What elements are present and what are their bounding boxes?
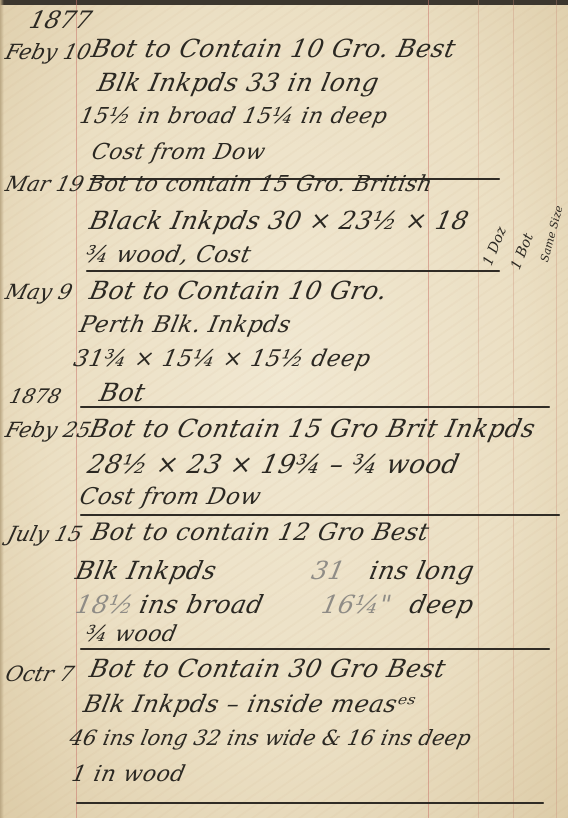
entry-separator xyxy=(80,648,550,650)
entry-line: 1 in wood xyxy=(69,762,187,787)
entry-line: Bot to Contain 15 Gro Brit Inkpds xyxy=(87,414,538,443)
entry-line: Perth Blk. Inkpds xyxy=(77,312,293,338)
entry-line: Cost from Dow xyxy=(77,484,263,510)
page-binding-edge xyxy=(0,0,4,818)
entry-line: Bot to contain 12 Gro Best xyxy=(89,518,432,546)
column-rule xyxy=(513,0,514,818)
entry-line: Bot to Contain 10 Gro. Best xyxy=(89,34,459,63)
entry-line: ¾ wood, Cost xyxy=(83,242,253,268)
entry-date: Feby 25 xyxy=(3,418,94,442)
entry-line: Blk Inkpds – inside measᵉˢ xyxy=(81,690,419,718)
entry-separator xyxy=(80,514,560,516)
entry-line: Bot xyxy=(97,378,148,407)
pencil-value: 18½ xyxy=(73,590,137,619)
entry-line: ins broad xyxy=(137,590,266,619)
pencil-value: 16¼" xyxy=(319,590,395,619)
entry-line: Cost from Dow xyxy=(89,140,268,165)
entry-date: Mar 19 xyxy=(3,172,86,196)
entry-line: 28½ × 23 × 19¾ – ¾ wood xyxy=(85,450,462,480)
entry-date: May 9 xyxy=(3,280,75,304)
pencil-value: 31 xyxy=(309,556,348,585)
margin-rule xyxy=(76,0,77,818)
entry-line: Bot to Contain 10 Gro. xyxy=(87,276,390,305)
entry-separator xyxy=(80,406,550,408)
entry-line: Black Inkpds 30 × 23½ × 18 xyxy=(87,206,472,235)
year-heading: 1877 xyxy=(27,6,95,34)
entry-date: Feby 10 xyxy=(3,40,94,64)
entry-line: 31¾ × 15¼ × 15½ deep xyxy=(71,346,373,372)
entry-line: deep xyxy=(407,590,477,619)
year-heading: 1878 xyxy=(7,384,64,408)
entry-line: Blk Inkpds xyxy=(73,556,220,585)
entry-line: Blk Inkpds 33 in long xyxy=(95,68,382,97)
entry-date: July 15 xyxy=(5,522,85,546)
entry-separator xyxy=(86,270,500,272)
margin-note: 1 Doz xyxy=(480,225,510,268)
entry-line: ins long xyxy=(367,556,477,585)
entry-line: 46 ins long 32 ins wide & 16 ins deep xyxy=(67,726,473,750)
margin-note: Same Size xyxy=(538,204,566,263)
column-rule xyxy=(428,0,429,818)
column-rule xyxy=(556,0,557,818)
entry-line: 15½ in broad 15¼ in deep xyxy=(77,104,390,129)
entry-line: Bot to Contain 30 Gro Best xyxy=(87,654,449,683)
entry-date: Octr 7 xyxy=(3,662,76,686)
column-rule xyxy=(478,0,479,818)
entry-separator xyxy=(76,802,544,804)
ledger-page: 1877 Feby 10 Bot to Contain 10 Gro. Best… xyxy=(0,0,568,818)
page-top-edge xyxy=(0,0,568,5)
entry-line: ¾ wood xyxy=(83,622,179,647)
entry-line: Bot to contain 15 Gro. British xyxy=(85,172,435,197)
